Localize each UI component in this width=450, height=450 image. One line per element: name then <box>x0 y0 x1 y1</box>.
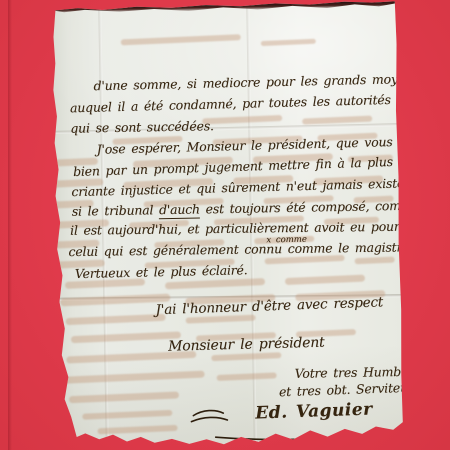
bleed-through-mark <box>71 331 181 343</box>
bleed-through-mark <box>211 352 281 361</box>
addressee-line: Monsieur le président <box>168 336 325 354</box>
letter-photo: d'une somme, si mediocre pour les grands… <box>0 0 450 450</box>
bleed-through-mark <box>302 116 372 125</box>
bleed-through-mark <box>265 255 345 264</box>
signature-flourish <box>185 395 404 444</box>
bleed-through-mark <box>82 410 172 420</box>
bleed-through-mark <box>69 391 179 403</box>
body-line-7-pre: si le tribunal <box>72 202 160 219</box>
underlined-word-auch: d'auch <box>159 201 200 219</box>
valediction-line-1: Votre tres Humble <box>295 366 404 381</box>
bleed-through-mark <box>97 425 177 434</box>
bleed-through-mark <box>202 115 282 124</box>
bleed-through-mark <box>355 257 395 265</box>
photo-mat-edge <box>8 0 12 450</box>
bleed-through-mark <box>165 278 265 289</box>
bleed-through-mark <box>217 372 277 381</box>
manuscript-paper: d'une somme, si mediocre pour les grands… <box>50 0 404 448</box>
bleed-through-mark <box>65 371 205 384</box>
body-line-3: qui se sont succédées. <box>70 120 214 135</box>
bleed-through-mark <box>66 314 166 325</box>
bleed-through-mark <box>285 275 365 285</box>
bleed-through-mark <box>121 34 241 45</box>
bleed-through-mark <box>60 294 170 307</box>
bleed-through-mark <box>261 39 316 46</box>
